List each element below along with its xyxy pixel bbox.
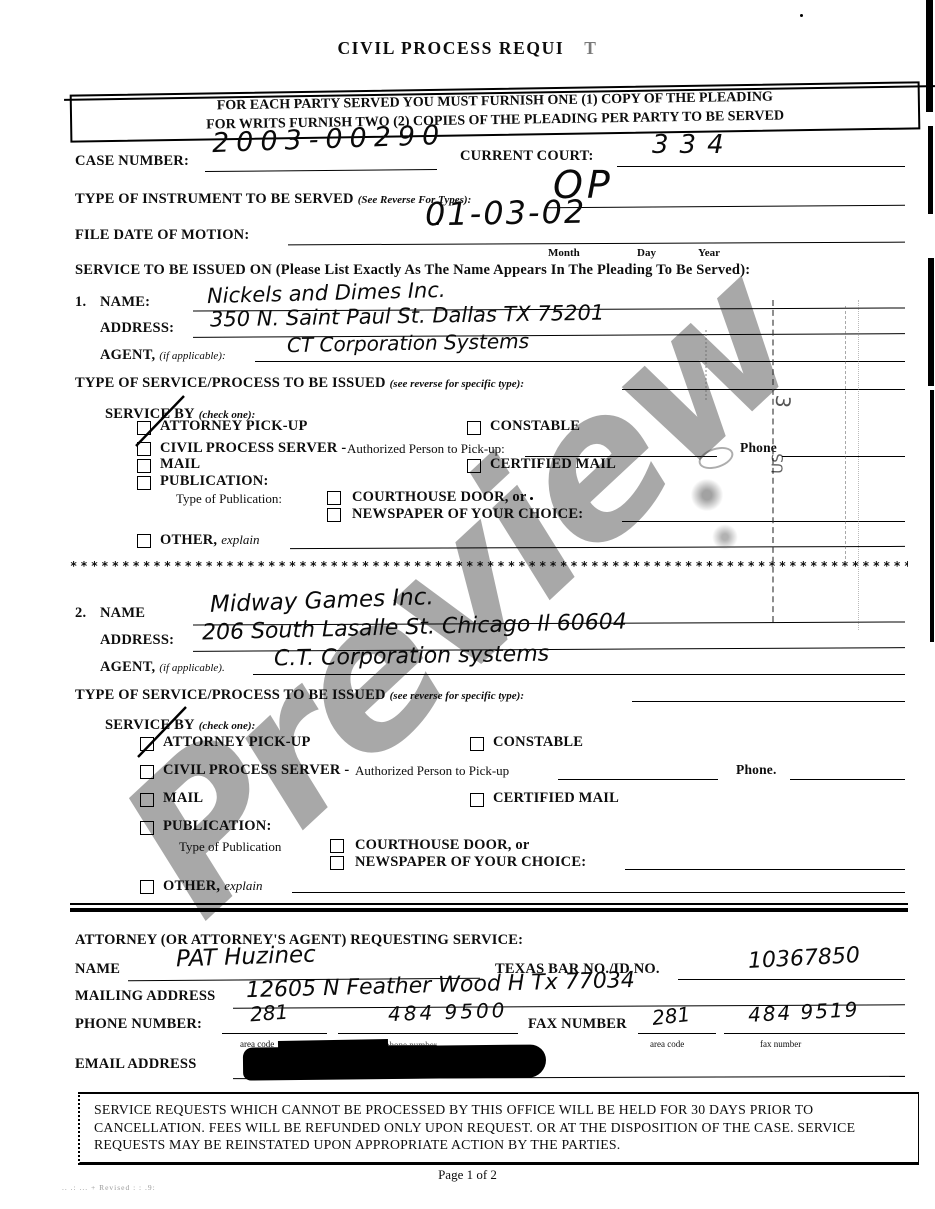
party1-other-field (290, 546, 905, 549)
party2-courthouse-door-label: COURTHOUSE DOOR, or (355, 837, 529, 854)
party1-newspaper-field (622, 521, 905, 522)
scan-edge-bar (926, 0, 933, 112)
service-on-heading: SERVICE TO BE ISSUED ON (Please List Exa… (75, 262, 750, 279)
scan-noise-dotted-line (705, 330, 707, 400)
mailing-address-handwritten: 12605 N Feather Wood H Tx 77034 (246, 968, 635, 1003)
year-caption: Year (698, 247, 720, 260)
footer-notice-text: SERVICE REQUESTS WHICH CANNOT BE PROCESS… (94, 1101, 906, 1154)
party1-attorney-pickup-label: ATTORNEY PICK-UP (160, 418, 308, 435)
party1-address-label: ADDRESS: (100, 320, 174, 337)
party1-constable-label: CONSTABLE (490, 418, 580, 435)
scan-smudge (712, 520, 738, 554)
party1-attorney-pickup-checkbox (137, 421, 151, 435)
party2-type-of-service-label: TYPE OF SERVICE/PROCESS TO BE ISSUED (75, 687, 386, 703)
party2-other-explain-label: explain (224, 878, 262, 893)
scan-speck (436, 222, 439, 225)
party2-civil-process-server-checkbox (140, 765, 154, 779)
party2-mail-label: MAIL (163, 790, 203, 807)
asterisk-separator: ****************************************… (70, 559, 908, 573)
party2-phone-field (790, 779, 905, 780)
scan-edge-bar (930, 390, 934, 642)
party1-authorized-person-label: Authorized Person to Pick-up: (347, 442, 505, 457)
party1-other-label: OTHER, (160, 532, 217, 548)
phone-number-label: PHONE NUMBER: (75, 1016, 202, 1033)
party1-constable-checkbox (467, 421, 481, 435)
party1-publication-label: PUBLICATION: (160, 473, 268, 490)
party2-type-of-service-row: TYPE OF SERVICE/PROCESS TO BE ISSUED (se… (75, 686, 524, 704)
notice-box: FOR EACH PARTY SERVED YOU MUST FURNISH O… (70, 81, 921, 142)
current-court-handwritten: 334 (652, 130, 735, 160)
party1-agent-field (255, 361, 905, 362)
party2-number: 2. (75, 605, 86, 622)
file-date-field (288, 242, 905, 246)
form-title: CIVIL PROCESS REQUI T (0, 38, 935, 59)
party2-name-label: NAME (100, 605, 145, 622)
party2-authorized-person-label: Authorized Person to Pick-up (355, 764, 509, 779)
party1-mail-checkbox (137, 459, 151, 473)
party2-attorney-pickup-checkbox (140, 737, 154, 751)
party1-newspaper-label: NEWSPAPER OF YOUR CHOICE: (352, 506, 583, 523)
scan-stamp-glyph: 3 (770, 394, 794, 409)
party1-type-of-service-label: TYPE OF SERVICE/PROCESS TO BE ISSUED (75, 375, 386, 391)
party1-phone-field (782, 456, 905, 457)
party2-constable-label: CONSTABLE (493, 734, 583, 751)
party1-agent-sublabel: (if applicable): (159, 350, 225, 362)
texas-bar-handwritten: 10367850 (747, 943, 860, 974)
party2-agent-label: AGENT, (100, 659, 155, 675)
email-redaction-block (243, 1044, 546, 1080)
party2-newspaper-label: NEWSPAPER OF YOUR CHOICE: (355, 854, 586, 871)
scan-edge-bar (928, 126, 933, 214)
day-caption: Day (637, 247, 656, 260)
party2-phone-label: Phone. (736, 762, 777, 778)
party1-type-of-publication-label: Type of Publication: (176, 492, 282, 507)
party2-attorney-pickup-label: ATTORNEY PICK-UP (163, 734, 311, 751)
party2-newspaper-field (625, 869, 905, 870)
scan-speck (530, 497, 533, 500)
phone-area-code-field (222, 1033, 327, 1034)
party2-address-label: ADDRESS: (100, 632, 174, 649)
party2-civil-process-server-label: CIVIL PROCESS SERVER - (163, 762, 349, 779)
party2-service-by-sublabel: (check one): (199, 720, 256, 732)
party2-agent-field (253, 674, 905, 675)
party2-type-of-service-sublabel: (see reverse for specific type): (390, 690, 524, 702)
party2-agent-handwritten: C.T. Corporation systems (274, 642, 550, 672)
scan-noise-dashed-line (845, 306, 846, 564)
attorney-section-divider (70, 908, 908, 912)
fax-number-field (724, 1033, 905, 1034)
party2-publication-label: PUBLICATION: (163, 818, 271, 835)
party2-mail-checkbox (140, 793, 154, 807)
mailing-address-label: MAILING ADDRESS (75, 988, 215, 1005)
party1-agent-label: AGENT, (100, 347, 155, 363)
attorney-section-divider-top (70, 903, 908, 905)
party2-other-label: OTHER, (163, 878, 220, 894)
party1-mail-label: MAIL (160, 456, 200, 473)
case-number-field (205, 169, 437, 172)
party2-publication-checkbox (140, 821, 154, 835)
party2-authorized-person-field (558, 779, 718, 780)
party2-other-row: OTHER, explain (163, 877, 262, 895)
party2-type-of-publication-label: Type of Publication (179, 840, 281, 855)
party1-type-of-service-row: TYPE OF SERVICE/PROCESS TO BE ISSUED (se… (75, 374, 524, 392)
phone-number-field (338, 1033, 518, 1034)
party1-other-checkbox (137, 534, 151, 548)
party2-newspaper-checkbox (330, 856, 344, 870)
scan-noise-dotted-line (858, 300, 859, 630)
current-court-field (617, 166, 905, 167)
party1-civil-process-server-label: CIVIL PROCESS SERVER - (160, 440, 346, 457)
case-number-label: CASE NUMBER: (75, 153, 189, 170)
party1-courthouse-door-checkbox (327, 491, 341, 505)
party2-type-of-service-field (632, 701, 905, 702)
form-revision-note: .. .: ... + Revised : : .9: (62, 1184, 156, 1193)
instrument-label-row: TYPE OF INSTRUMENT TO BE SERVED (See Rev… (75, 190, 471, 208)
party2-attorney-pickup-checkmark (130, 703, 192, 761)
scanned-form-page: Preview CIVIL PROCESS REQUI T FOR EACH P… (0, 0, 935, 1209)
party2-certified-mail-label: CERTIFIED MAIL (493, 790, 619, 807)
party2-agent-label-row: AGENT, (if applicable). (100, 658, 225, 676)
party2-agent-sublabel: (if applicable). (159, 662, 224, 674)
party1-agent-label-row: AGENT, (if applicable): (100, 346, 226, 364)
scan-edge-bar (928, 258, 934, 386)
party1-newspaper-checkbox (327, 508, 341, 522)
scan-speck (800, 14, 803, 17)
party1-publication-checkbox (137, 476, 151, 490)
form-title-fragment: T (570, 38, 597, 58)
texas-bar-field (678, 979, 905, 980)
party1-certified-mail-checkbox (467, 459, 481, 473)
fax-number-handwritten: 484 9519 (747, 997, 860, 1027)
scan-stamp-glyph: US (769, 453, 787, 474)
party1-certified-mail-label: CERTIFIED MAIL (490, 456, 616, 473)
file-date-label: FILE DATE OF MOTION: (75, 227, 249, 244)
party1-courthouse-door-label: COURTHOUSE DOOR, or (352, 489, 526, 506)
scan-smudge (690, 475, 724, 515)
party1-agent-handwritten: CT Corporation Systems (287, 329, 529, 357)
footer-notice-box: SERVICE REQUESTS WHICH CANNOT BE PROCESS… (78, 1092, 919, 1165)
form-title-main: CIVIL PROCESS REQUI (337, 38, 564, 58)
party2-other-checkbox (140, 880, 154, 894)
phone-number-handwritten: 484 9500 (388, 998, 508, 1026)
party1-type-of-service-field (622, 389, 905, 390)
attorney-name-label: NAME (75, 961, 120, 978)
fax-number-label: FAX NUMBER (528, 1016, 627, 1033)
party2-constable-checkbox (470, 737, 484, 751)
attorney-name-handwritten: PAT Huzinec (176, 942, 317, 973)
party2-name-handwritten: Midway Games Inc. (210, 584, 435, 618)
party2-courthouse-door-checkbox (330, 839, 344, 853)
party1-other-row: OTHER, explain (160, 531, 259, 549)
party2-certified-mail-checkbox (470, 793, 484, 807)
fax-number-caption: fax number (760, 1039, 801, 1049)
email-address-label: EMAIL ADDRESS (75, 1056, 196, 1073)
party1-number: 1. (75, 294, 86, 311)
party1-other-explain-label: explain (221, 532, 259, 547)
page-indicator: Page 1 of 2 (0, 1168, 935, 1183)
fax-area-code-field (638, 1033, 716, 1034)
party2-other-field (292, 892, 905, 893)
month-caption: Month (548, 247, 580, 260)
scan-smudge (696, 443, 736, 473)
instrument-label: TYPE OF INSTRUMENT TO BE SERVED (75, 191, 354, 207)
party1-type-of-service-sublabel: (see reverse for specific type): (390, 378, 524, 390)
party1-civil-process-server-checkbox (137, 442, 151, 456)
file-date-handwritten: 01-03-02 (425, 193, 587, 234)
form-content: CIVIL PROCESS REQUI T FOR EACH PARTY SER… (0, 0, 935, 1209)
fax-area-code-caption: area code (650, 1039, 684, 1049)
phone-area-code-handwritten: 281 (249, 1000, 289, 1027)
fax-area-code-handwritten: 281 (651, 1002, 691, 1030)
party1-name-label: NAME: (100, 294, 150, 311)
